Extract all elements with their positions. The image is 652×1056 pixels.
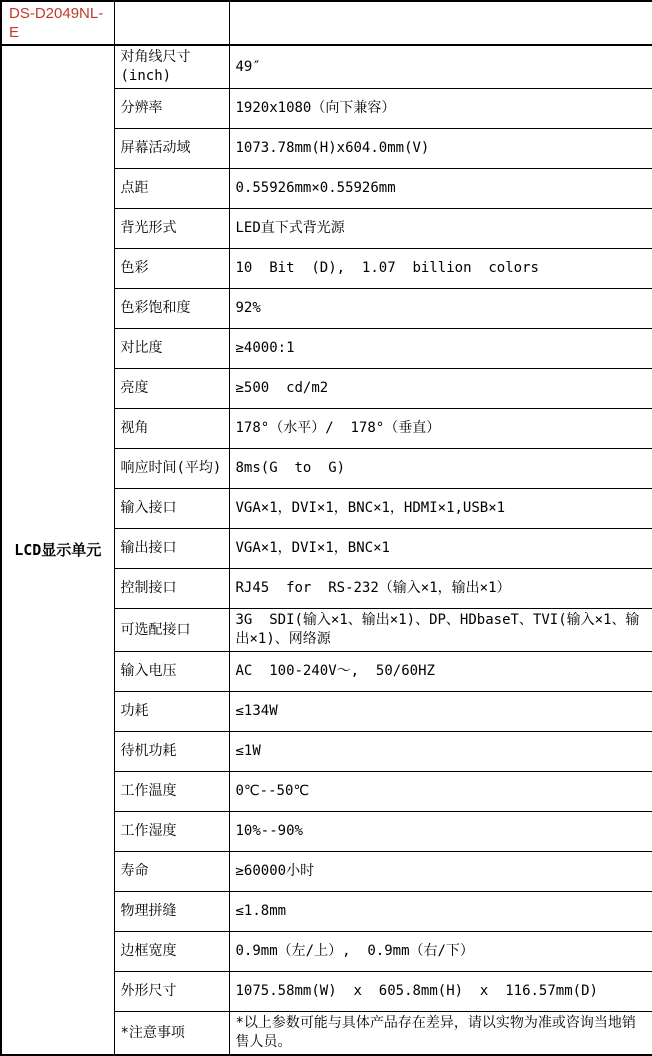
spec-value: 3G SDI(输入×1、输出×1)、DP、HDbaseT、TVI(输入×1、输出… — [229, 609, 652, 652]
model-number: DS-D2049NL-E — [1, 1, 114, 45]
spec-value: ≤1W — [229, 732, 652, 772]
spec-value: 1920x1080（向下兼容） — [229, 89, 652, 129]
spec-label: 响应时间(平均) — [114, 449, 229, 489]
spec-label: 控制接口 — [114, 569, 229, 609]
spec-value: 10 Bit (D), 1.07 billion colors — [229, 249, 652, 289]
spec-label: 色彩饱和度 — [114, 289, 229, 329]
spec-value: 8ms(G to G) — [229, 449, 652, 489]
spec-value: ≥500 cd/m2 — [229, 369, 652, 409]
spec-value: 92% — [229, 289, 652, 329]
spec-value: AC 100-240V～, 50/60HZ — [229, 652, 652, 692]
spec-value: LED直下式背光源 — [229, 209, 652, 249]
spec-label: 视角 — [114, 409, 229, 449]
spec-label: 分辨率 — [114, 89, 229, 129]
spec-value: 1075.58mm(W) x 605.8mm(H) x 116.57mm(D) — [229, 972, 652, 1012]
spec-label: 寿命 — [114, 852, 229, 892]
spec-label: 输入电压 — [114, 652, 229, 692]
spec-label: 功耗 — [114, 692, 229, 732]
spec-value: *以上参数可能与具体产品存在差异，请以实物为准或咨询当地销售人员。 — [229, 1012, 652, 1056]
spec-value: ≤134W — [229, 692, 652, 732]
spec-label: 输出接口 — [114, 529, 229, 569]
spec-value: 0.55926mm×0.55926mm — [229, 169, 652, 209]
spec-label: 待机功耗 — [114, 732, 229, 772]
spec-label: 亮度 — [114, 369, 229, 409]
spec-label: 屏幕活动域 — [114, 129, 229, 169]
spec-value: 10%--90% — [229, 812, 652, 852]
spec-label: 外形尺寸 — [114, 972, 229, 1012]
spec-value: 178°（水平）/ 178°（垂直） — [229, 409, 652, 449]
spec-value: ≤1.8mm — [229, 892, 652, 932]
spec-label: 物理拼缝 — [114, 892, 229, 932]
spec-value: ≥4000:1 — [229, 329, 652, 369]
header-empty-cell-2 — [229, 1, 652, 45]
spec-label: 工作湿度 — [114, 812, 229, 852]
spec-label: 背光形式 — [114, 209, 229, 249]
spec-label: 工作温度 — [114, 772, 229, 812]
header-empty-cell-1 — [114, 1, 229, 45]
spec-label: 色彩 — [114, 249, 229, 289]
spec-value: RJ45 for RS-232（输入×1，输出×1） — [229, 569, 652, 609]
spec-value: VGA×1，DVI×1，BNC×1 — [229, 529, 652, 569]
spec-value: 1073.78mm(H)x604.0mm(V) — [229, 129, 652, 169]
spec-label: 对角线尺寸 (inch) — [114, 45, 229, 89]
spec-label: 点距 — [114, 169, 229, 209]
spec-value: ≥60000小时 — [229, 852, 652, 892]
table-header-row: DS-D2049NL-E — [1, 1, 652, 45]
spec-label: 对比度 — [114, 329, 229, 369]
spec-row: LCD显示单元对角线尺寸 (inch)49″ — [1, 45, 652, 89]
spec-value: 0℃--50℃ — [229, 772, 652, 812]
section-label: LCD显示单元 — [1, 45, 114, 1055]
spec-label: 边框宽度 — [114, 932, 229, 972]
spec-value: VGA×1，DVI×1，BNC×1，HDMI×1,USB×1 — [229, 489, 652, 529]
spec-table-body: LCD显示单元对角线尺寸 (inch)49″分辨率1920x1080（向下兼容）… — [1, 45, 652, 1055]
spec-value: 0.9mm（左/上）, 0.9mm（右/下） — [229, 932, 652, 972]
spec-table: DS-D2049NL-E LCD显示单元对角线尺寸 (inch)49″分辨率19… — [0, 0, 652, 1056]
spec-label: 输入接口 — [114, 489, 229, 529]
spec-label: 可选配接口 — [114, 609, 229, 652]
spec-label: *注意事项 — [114, 1012, 229, 1056]
spec-value: 49″ — [229, 45, 652, 89]
